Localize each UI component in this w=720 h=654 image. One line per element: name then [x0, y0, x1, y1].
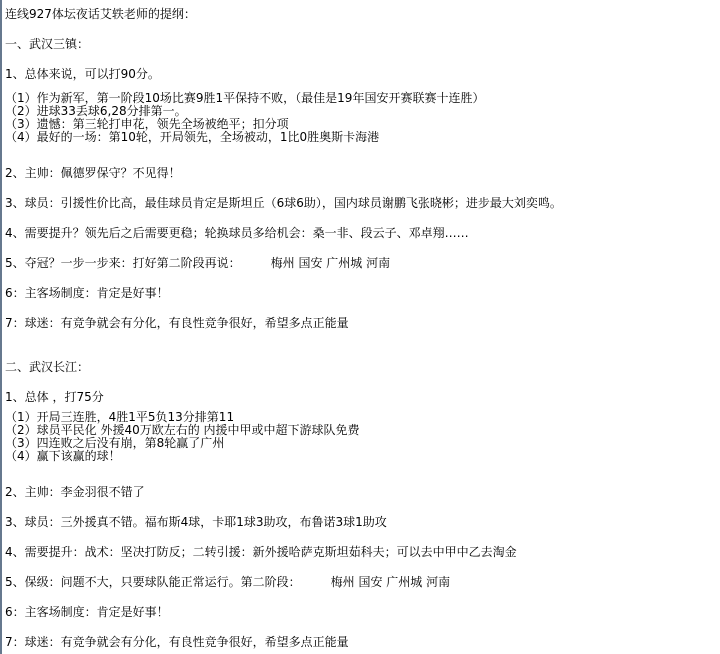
point-line: 7：球迷：有竞争就会有分化，有良性竞争很好，希望多点正能量	[5, 316, 712, 330]
section-2-subpoint-list: （1）开局三连胜，4胜1平5负13分排第11 （2）球员平民化 外援40万欧左右…	[5, 411, 712, 463]
section-1-subpoint-list: （1）作为新军，第一阶段10场比赛9胜1平保持不败，（最佳是19年国安开赛联赛十…	[5, 92, 712, 144]
subpoint-line: （4）赢下该赢的球！	[5, 450, 712, 463]
subpoint-line: （4）最好的一场：第10轮，开局领先，全场被动，1比0胜奥斯卡海港	[5, 131, 712, 144]
point-line: 2、主帅：佩德罗保守？不见得！	[5, 166, 712, 180]
document-title: 连线927体坛夜话艾轶老师的提纲：	[5, 7, 712, 21]
section-1-lead-point: 1、总体来说，可以打90分。	[5, 67, 712, 81]
point-line: 3、球员：引援性价比高，最佳球员肯定是斯坦丘（6球6助），国内球员谢鹏飞张晓彬；…	[5, 196, 712, 210]
notes-document: 连线927体坛夜话艾轶老师的提纲： 一、武汉三镇： 1、总体来说，可以打90分。…	[0, 0, 720, 654]
section-2-lead-point: 1、总体 ，打75分	[5, 390, 712, 404]
point-line: 7：球迷：有竞争就会有分化，有良性竞争很好，希望多点正能量	[5, 635, 712, 649]
section-1-heading: 一、武汉三镇：	[5, 37, 712, 51]
point-line: 6：主客场制度：肯定是好事！	[5, 605, 712, 619]
point-line: 4、需要提升：战术：坚决打防反；二转引援：新外援哈萨克斯坦茹科夫；可以去中甲中乙…	[5, 545, 712, 559]
point-line: 5、保级：问题不大，只要球队能正常运行。第二阶段： 梅州 国安 广州城 河南	[5, 575, 712, 589]
point-line: 4、需要提升？领先后之后需要更稳；轮换球员多给机会：桑一非、段云子、邓卓翔……	[5, 226, 712, 240]
point-line: 3、球员：三外援真不错。福布斯4球，卡耶1球3助攻，布鲁诺3球1助攻	[5, 515, 712, 529]
point-line: 2、主帅：李金羽很不错了	[5, 485, 712, 499]
point-line: 5、夺冠？一步一步来：打好第二阶段再说： 梅州 国安 广州城 河南	[5, 256, 712, 270]
section-2-heading: 二、武汉长江：	[5, 360, 712, 374]
point-line: 6：主客场制度：肯定是好事！	[5, 286, 712, 300]
